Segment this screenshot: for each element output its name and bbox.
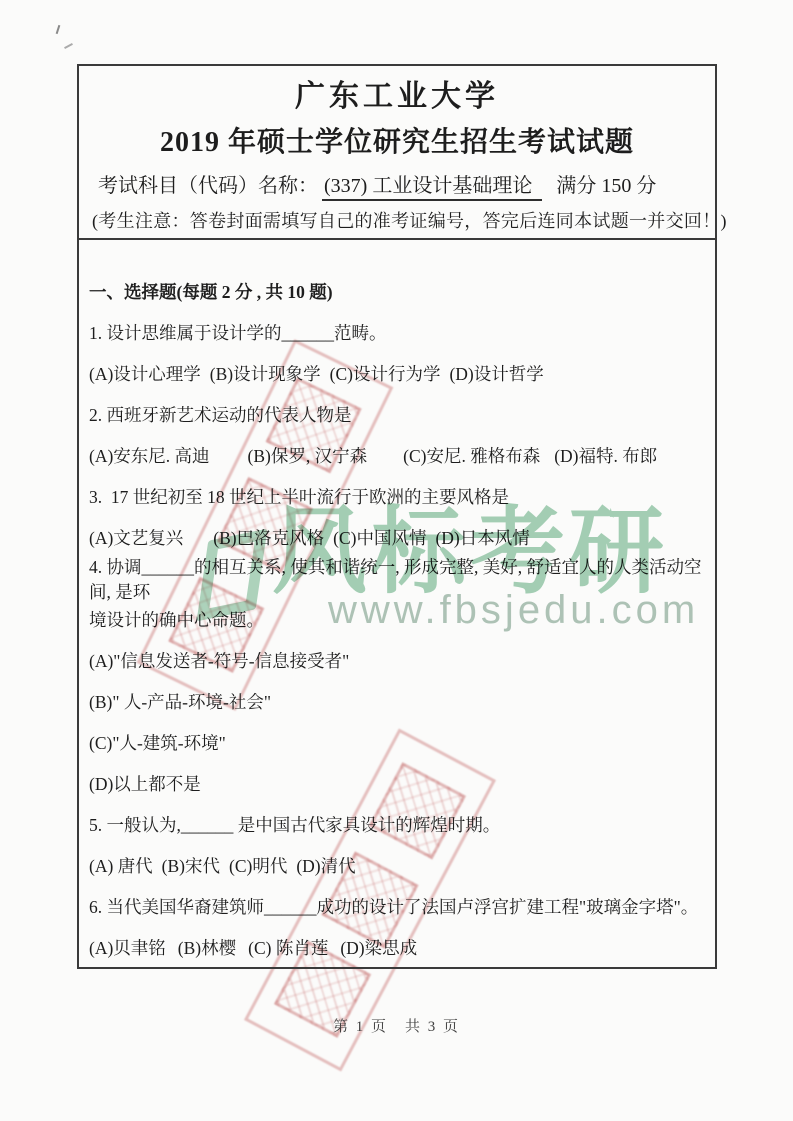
option-a: (A)文艺复兴 [89, 525, 183, 550]
section-label: 一、选择题 [89, 279, 177, 304]
option-d: (D)梁思成 [340, 935, 417, 960]
option-a: (A)设计心理学 [89, 361, 201, 386]
option-a: (A)安东尼. 高迪 [89, 443, 210, 468]
question-4-option-c: (C)"人-建筑-环境" [89, 722, 711, 763]
question-5-stem: 5. 一般认为,______ 是中国古代家具设计的辉煌时期。 [89, 804, 711, 845]
option-d: (D)福特. 布郎 [554, 443, 657, 468]
question-4-option-a: (A)"信息发送者-符号-信息接受者" [89, 640, 711, 681]
scanned-exam-page: { "header": { "university": "广东工业大学", "e… [0, 0, 793, 1121]
question-2-options: (A)安东尼. 高迪(B)保罗, 汉宁森(C)安尼. 雅格布森(D)福特. 布郎 [89, 435, 711, 476]
option-d: (D)设计哲学 [449, 361, 543, 386]
header-divider [77, 238, 717, 240]
subject-code-name: (337) 工业设计基础理论 [322, 175, 542, 201]
question-4-option-d: (D)以上都不是 [89, 763, 711, 804]
watermark-url-text: www.fbsjedu.com [328, 590, 699, 630]
exam-title: 2019 年硕士学位研究生招生考试试题 [77, 120, 717, 160]
question-6-stem: 6. 当代美国华裔建筑师______成功的设计了法国卢浮宫扩建工程"玻璃金字塔"… [89, 886, 711, 927]
question-2-stem: 2. 西班牙新艺术运动的代表人物是 [89, 394, 711, 435]
option-b: (B)林樱 [178, 935, 236, 960]
option-b: (B)保罗, 汉宁森 [248, 443, 368, 468]
section-meta: (每题 2 分 , 共 10 题) [177, 279, 333, 304]
option-b: (B)设计现象学 [210, 361, 321, 386]
option-c: (C)明代 [229, 853, 287, 878]
question-1-options: (A)设计心理学(B)设计现象学(C)设计行为学(D)设计哲学 [89, 353, 711, 394]
scan-artifact [64, 43, 73, 49]
scan-artifact [56, 25, 61, 34]
option-b: (B)宋代 [162, 853, 220, 878]
question-6-options: (A)贝聿铭(B)林樱(C) 陈肖莲(D)梁思成 [89, 927, 711, 968]
option-a: (A)贝聿铭 [89, 935, 166, 960]
option-d: (D)清代 [296, 853, 355, 878]
full-score: 满分 150 分 [556, 175, 656, 197]
option-a: (A) 唐代 [89, 853, 153, 878]
question-5-options: (A) 唐代(B)宋代(C)明代(D)清代 [89, 845, 711, 886]
question-1-stem: 1. 设计思维属于设计学的______范畴。 [89, 312, 711, 353]
question-4-option-b: (B)" 人-产品-环境-社会" [89, 681, 711, 722]
subject-line: 考试科目（代码）名称：(337) 工业设计基础理论满分 150 分 [98, 169, 656, 198]
candidate-notice: (考生注意：答卷封面需填写自己的准考证编号，答完后连同本试题一并交回！) [92, 207, 727, 233]
option-c: (C) 陈肖莲 [248, 935, 328, 960]
option-c: (C)安尼. 雅格布森 [403, 443, 540, 468]
watermark-brand-text: 风标考研 [272, 505, 668, 600]
subject-prefix: 考试科目（代码）名称： [98, 175, 318, 197]
section-header: 一、选择题(每题 2 分 , 共 10 题) [89, 271, 711, 312]
university-name: 广东工业大学 [77, 71, 717, 115]
option-c: (C)设计行为学 [330, 361, 441, 386]
page-indicator: 第 1 页 共 3 页 [0, 1015, 793, 1036]
